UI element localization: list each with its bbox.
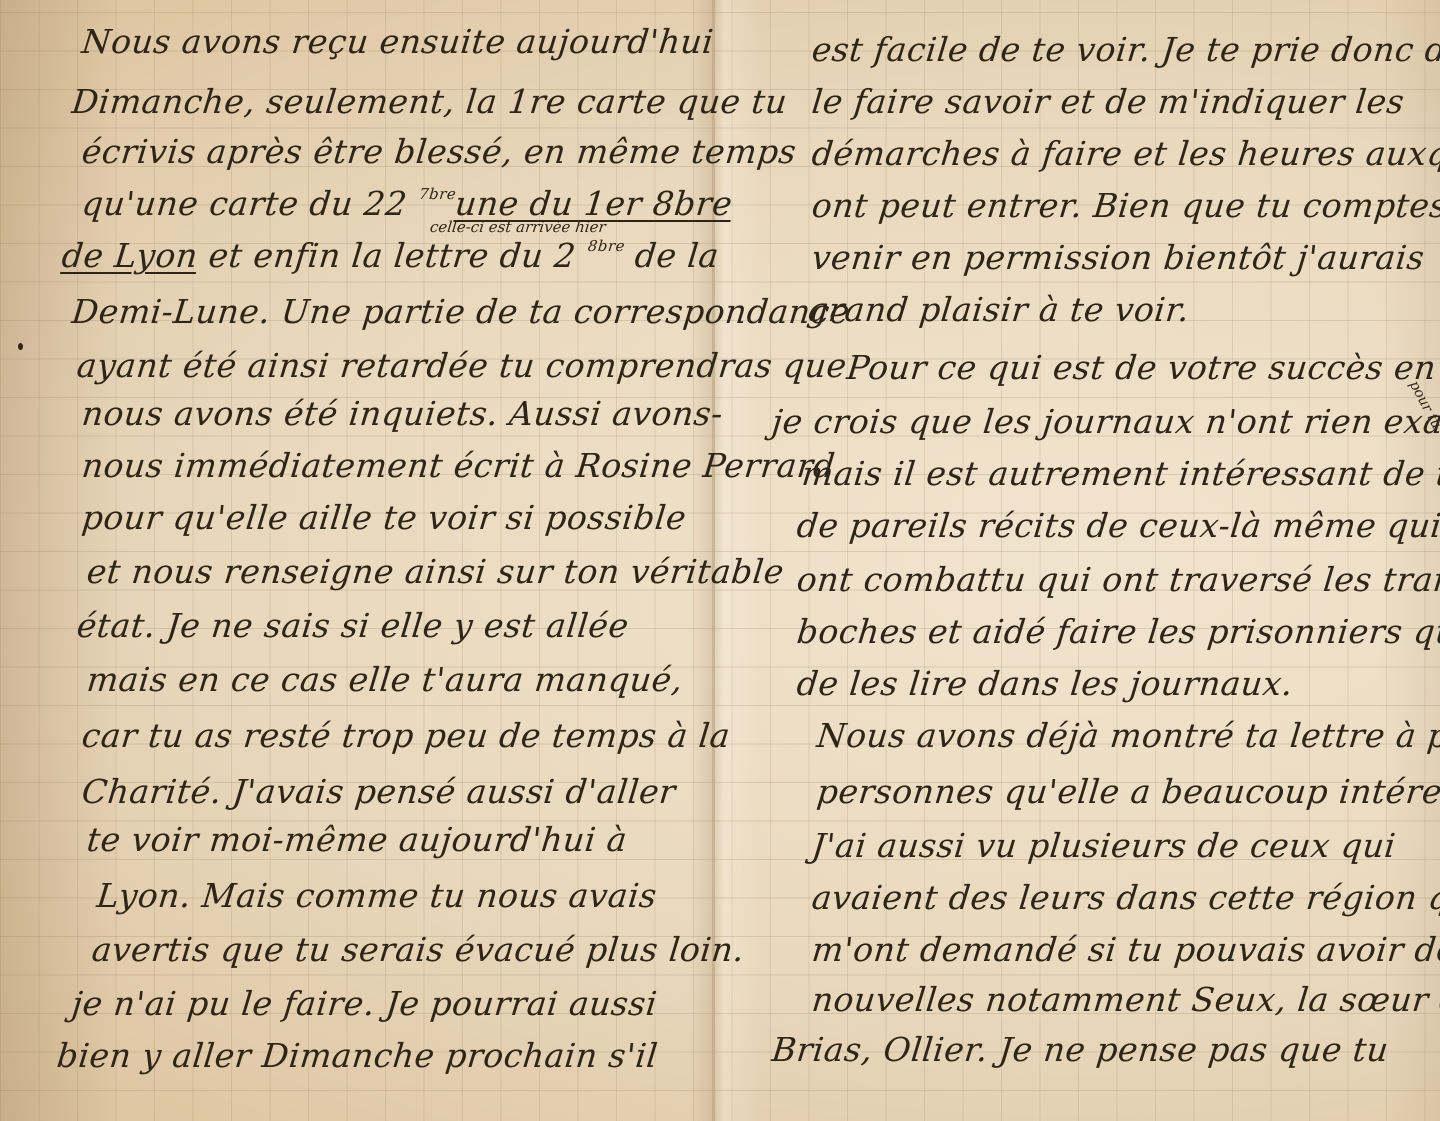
letter-line: mais il est autrement intéressant de ten… bbox=[800, 454, 1440, 493]
letter-line: Brias, Ollier. Je ne pense pas que tu bbox=[770, 1030, 1391, 1069]
letter-line: J'ai aussi vu plusieurs de ceux qui bbox=[810, 826, 1398, 865]
date-superscript: 8bre bbox=[587, 237, 626, 255]
ink-blot bbox=[18, 343, 23, 350]
letter-line: de pareils récits de ceux-là même qui bbox=[795, 506, 1440, 545]
letter-line: nous immédiatement écrit à Rosine Perrar… bbox=[80, 446, 837, 485]
underlined-place: de Lyon bbox=[60, 236, 200, 275]
letter-line: état. Je ne sais si elle y est allée bbox=[75, 606, 631, 645]
left-page: Nous avons reçu ensuite aujourd'hui Dima… bbox=[70, 0, 720, 1121]
letter-line: démarches à faire et les heures auxquell… bbox=[810, 134, 1440, 173]
letter-line: je crois que les journaux n'ont rien exa… bbox=[770, 402, 1440, 441]
letter-line: et nous renseigne ainsi sur ton véritabl… bbox=[85, 552, 786, 591]
letter-line: ont peut entrer. Bien que tu comptes bbox=[810, 186, 1440, 225]
letter-line: de Lyon et enfin la lettre du 2 8bre de … bbox=[60, 236, 721, 275]
letter-line: Lyon. Mais comme tu nous avais bbox=[95, 876, 659, 915]
letter-line: ont combattu qui ont traversé les tranch… bbox=[795, 560, 1440, 599]
letter-line: Dimanche, seulement, la 1re carte que tu bbox=[70, 82, 789, 121]
letter-line: Nous avons reçu ensuite aujourd'hui bbox=[80, 22, 716, 61]
letter-line: Nous avons déjà montré ta lettre à plusi… bbox=[815, 716, 1440, 755]
letter-line: grand plaisir à te voir. bbox=[805, 290, 1191, 329]
letter-line: car tu as resté trop peu de temps à la bbox=[80, 716, 732, 755]
date-superscript: 7bre bbox=[418, 185, 457, 203]
letter-line: avertis que tu serais évacué plus loin. bbox=[90, 930, 746, 969]
letter-line: boches et aidé faire les prisonniers que bbox=[795, 612, 1440, 651]
letter-line: avaient des leurs dans cette région qui bbox=[810, 878, 1440, 917]
letter-line: de les lire dans les journaux. bbox=[795, 664, 1295, 703]
letter-line: mais en ce cas elle t'aura manqué, bbox=[85, 660, 685, 699]
letter-line: bien y aller Dimanche prochain s'il bbox=[55, 1036, 660, 1075]
letter-line: te voir moi-même aujourd'hui à bbox=[85, 820, 629, 859]
letter-line: Demi-Lune. Une partie de ta correspondan… bbox=[70, 292, 852, 331]
letter-line: m'ont demandé si tu pouvais avoir de leu… bbox=[810, 930, 1440, 969]
letter-line: nouvelles notamment Seux, la sœur de bbox=[810, 980, 1440, 1019]
letter-line: Charité. J'avais pensé aussi d'aller bbox=[80, 772, 678, 811]
line-text: de la bbox=[622, 236, 721, 275]
letter-line: le faire savoir et de m'indiquer les bbox=[810, 82, 1406, 121]
letter-line: je n'ai pu le faire. Je pourrai aussi bbox=[70, 984, 659, 1023]
letter-line: qu'une carte du 22 7breune du 1er 8bre bbox=[80, 184, 734, 223]
letter-line: personnes qu'elle a beaucoup intéressé. bbox=[815, 772, 1440, 811]
letter-line: est facile de te voir. Je te prie donc d… bbox=[810, 30, 1440, 69]
letter-line: pour qu'elle aille te voir si possible bbox=[80, 498, 688, 537]
interlinear-note: celle-ci est arrivée hier bbox=[429, 218, 607, 236]
letter-line: venir en permission bientôt j'aurais bbox=[810, 238, 1426, 277]
letter-line: nous avons été inquiets. Aussi avons- bbox=[80, 394, 725, 433]
right-page: est facile de te voir. Je te prie donc d… bbox=[790, 0, 1440, 1121]
letter-line: ayant été ainsi retardée tu comprendras … bbox=[75, 346, 849, 385]
letter-line: écrivis après être blessé, en même temps bbox=[80, 132, 798, 171]
line-text: et enfin la lettre du 2 bbox=[196, 236, 589, 275]
letter-line-paragraph: Pour ce qui est de votre succès en Champ… bbox=[845, 348, 1440, 387]
line-text: qu'une carte du 22 bbox=[80, 184, 420, 223]
